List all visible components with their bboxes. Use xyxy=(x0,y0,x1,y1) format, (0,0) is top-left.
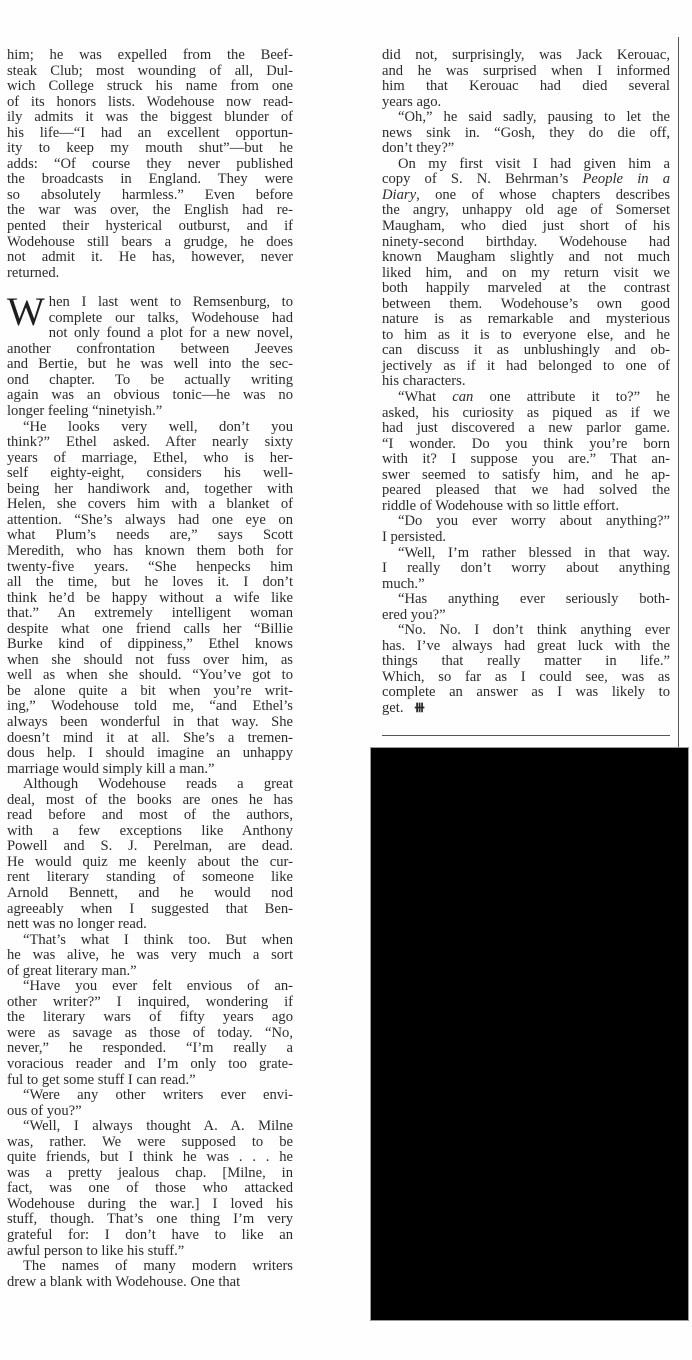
text-span: “What xyxy=(398,389,452,405)
text-line: rent literary standing of someone like xyxy=(7,870,293,886)
text-line: did not, surprisingly, was Jack Kerouac, xyxy=(382,48,670,64)
text-line: ninety-second birthday. Wodehouse had xyxy=(382,235,670,251)
text-line: the war was over, the English had re- xyxy=(7,203,293,219)
text-line: him; he was expelled from the Beef- xyxy=(7,48,293,64)
text-line: of great literary man.” xyxy=(7,964,293,980)
text-line: fact, was one of those who attacked xyxy=(7,1181,293,1197)
text-line: Wodehouse still bears a grudge, he does xyxy=(7,235,293,251)
text-line: think he’d be happy without a wife like xyxy=(7,591,293,607)
text-line: doesn’t mind it at all. She’s a tremen- xyxy=(7,731,293,747)
paragraph: “Well, I always thought A. A. Milnewas, … xyxy=(7,1119,293,1259)
text-line: Although Wodehouse reads a great xyxy=(7,777,293,793)
text-line: always been wonderful in that way. She xyxy=(7,715,293,731)
text-line: ful to get some stuff I can read.” xyxy=(7,1073,293,1089)
text-line: quite friends, but I think he was . . . … xyxy=(7,1150,293,1166)
text-line: copy of S. N. Behrman’s People in a xyxy=(382,172,670,188)
paragraph-dropcap: When I last went to Remsenburg, tocomple… xyxy=(7,295,293,419)
text-line: attention. “She’s always had one eye on xyxy=(7,513,293,529)
text-line: marriage would simply kill a man.” xyxy=(7,762,293,778)
paragraph: “He looks very well, don’t youthink?” Et… xyxy=(7,420,293,778)
text-line: when she should not fuss over him, as xyxy=(7,653,293,669)
text-line: “Well, I always thought A. A. Milne xyxy=(7,1119,293,1135)
text-line: all the time, but he loves it. I don’t xyxy=(7,575,293,591)
text-line: “Do you ever worry about anything?” xyxy=(382,514,670,530)
book-title-italic: Diary xyxy=(382,187,416,203)
text-line: with a few exceptions like Anthony xyxy=(7,824,293,840)
text-span: , one of whose chapters describes xyxy=(416,187,670,203)
paragraph: “Has anything ever seriously both-ered y… xyxy=(382,592,670,623)
text-line: much.” xyxy=(382,577,670,593)
text-line: things that really matter in life.” xyxy=(382,654,670,670)
text-line: think?” Ethel asked. After nearly sixty xyxy=(7,435,293,451)
text-line: “Oh,” he said sadly, pausing to let the xyxy=(382,110,670,126)
book-title-italic: People in a xyxy=(583,171,671,187)
left-text-column: him; he was expelled from the Beef-steak… xyxy=(7,48,293,1290)
text-line: dous help. I should imagine an unhappy xyxy=(7,746,293,762)
text-line: years ago. xyxy=(382,95,670,111)
paragraph: “That’s what I think too. But whenhe was… xyxy=(7,933,293,980)
text-line: liked him, and on my return visit we xyxy=(382,266,670,282)
paragraph: “Have you ever felt envious of an-other … xyxy=(7,979,293,1088)
text-line: he was alive, he was very much a sort xyxy=(7,948,293,964)
text-line: wich College struck his name from one xyxy=(7,79,293,95)
text-line: “I wonder. Do you think you’re born xyxy=(382,437,670,453)
text-line: grateful for: I don’t have to like an xyxy=(7,1228,293,1244)
text-span: one attribute it to?” he xyxy=(473,389,670,405)
text-line: the broadcasts in England. They were xyxy=(7,172,293,188)
text-line: between them. Wodehouse’s own good xyxy=(382,297,670,313)
paragraph: “Do you ever worry about anything?”I per… xyxy=(382,514,670,545)
paragraph: On my first visit I had given him acopy … xyxy=(382,157,670,390)
magazine-page: him; he was expelled from the Beef-steak… xyxy=(0,0,692,1360)
text-line: other writer?” I inquired, wondering if xyxy=(7,995,293,1011)
text-line: “Have you ever felt envious of an- xyxy=(7,979,293,995)
text-line: On my first visit I had given him a xyxy=(382,157,670,173)
text-line: another confrontation between Jeeves xyxy=(7,342,293,358)
text-line: the angry, unhappy old age of Somerset xyxy=(382,203,670,219)
text-line: with it? I suppose you are.” That an- xyxy=(382,452,670,468)
text-line: twenty-five years. “She henpecks him xyxy=(7,560,293,576)
paragraph: Although Wodehouse reads a greatdeal, mo… xyxy=(7,777,293,932)
text-line: “Well, I’m rather blessed in that way. xyxy=(382,546,670,562)
text-line: “Has anything ever seriously both- xyxy=(382,592,670,608)
text-line: known Maugham slightly and not much xyxy=(382,250,670,266)
text-line: being her handiwork and, together with xyxy=(7,482,293,498)
text-line: Helen, she covers him with a blanket of xyxy=(7,497,293,513)
text-line: complete our talks, Wodehouse had xyxy=(7,311,293,327)
text-line: jectively as if it had belonged to one o… xyxy=(382,359,670,375)
text-line: nature is as remarkable and mysterious xyxy=(382,312,670,328)
text-line: Which, so far as I could see, was as xyxy=(382,670,670,686)
text-line: I persisted. xyxy=(382,530,670,546)
text-line: The names of many modern writers xyxy=(7,1259,293,1275)
text-line: news sink in. “Gosh, they do die off, xyxy=(382,126,670,142)
paragraph: “Well, I’m rather blessed in that way.I … xyxy=(382,546,670,593)
paragraph: “What can one attribute it to?” heasked,… xyxy=(382,390,670,514)
right-text-column: did not, surprisingly, was Jack Kerouac,… xyxy=(382,48,670,717)
text-line: steak Club; most wounding of all, Dul- xyxy=(7,64,293,80)
text-line: ing,” Wodehouse told me, “and Ethel’s xyxy=(7,699,293,715)
text-line: his life—“I had an excellent opportun- xyxy=(7,126,293,142)
text-line: years of marriage, Ethel, who is her- xyxy=(7,451,293,467)
text-line: complete an answer as I was likely to xyxy=(382,685,670,701)
text-line: peared pleased that we had solved the xyxy=(382,483,670,499)
text-line: him that Kerouac had died several xyxy=(382,79,670,95)
text-line: Meredith, who has known them both for xyxy=(7,544,293,560)
text-line: agreeably when I suggested that Ben- xyxy=(7,902,293,918)
text-line: of its honors lists. Wodehouse now read- xyxy=(7,95,293,111)
text-line: drew a blank with Wodehouse. One that xyxy=(7,1275,293,1291)
text-line: and he was surprised when I informed xyxy=(382,64,670,80)
paragraph: did not, surprisingly, was Jack Kerouac,… xyxy=(382,48,670,110)
text-line: longer feeling “ninetyish.” xyxy=(7,404,293,420)
text-line: voracious reader and I’m only too grate- xyxy=(7,1057,293,1073)
text-line: ous of you?” xyxy=(7,1104,293,1120)
text-line: was, rather. We were supposed to be xyxy=(7,1135,293,1151)
text-line: ered you?” xyxy=(382,608,670,624)
text-line: to him as it is to everyone else, and he xyxy=(382,328,670,344)
text-line: despite what one friend calls her “Billi… xyxy=(7,622,293,638)
drop-cap-letter: W xyxy=(7,297,45,327)
text-line: what Plum’s needs are,” says Scott xyxy=(7,528,293,544)
text-line: deal, most of the books are ones he has xyxy=(7,793,293,809)
text-line: don’t they?” xyxy=(382,141,670,157)
text-line: that.” An extremely intelligent woman xyxy=(7,606,293,622)
article-end-rule xyxy=(382,735,670,736)
text-line: “He looks very well, don’t you xyxy=(7,420,293,436)
paragraph: The names of many modern writersdrew a b… xyxy=(7,1259,293,1290)
text-line: ity to keep my mouth shut”—but he xyxy=(7,141,293,157)
text-line: had just discovered a new parlor game. xyxy=(382,421,670,437)
text-line: Diary, one of whose chapters describes xyxy=(382,188,670,204)
text-line: “What can one attribute it to?” he xyxy=(382,390,670,406)
text-span: copy of S. N. Behrman’s xyxy=(382,171,583,187)
text-line: were as savage as those of today. “No, xyxy=(7,1026,293,1042)
end-of-article-mark-icon: ⧻ xyxy=(413,700,424,716)
text-line: riddle of Wodehouse with so little effor… xyxy=(382,499,670,515)
text-line: swer seemed to satisfy him, and he ap- xyxy=(382,468,670,484)
text-line: can discuss it as unblushingly and ob- xyxy=(382,343,670,359)
text-line: and Bertie, but he was well into the sec… xyxy=(7,357,293,373)
redacted-image-block xyxy=(370,747,689,1321)
text-line: adds: “Of course they never published xyxy=(7,157,293,173)
text-line: nett was no longer read. xyxy=(7,917,293,933)
text-span: get. xyxy=(382,700,403,716)
text-line: hen I last went to Remsenburg, to xyxy=(7,295,293,311)
text-line: well as when she should. “You’ve got to xyxy=(7,668,293,684)
text-line: ily admits it was the biggest blunder of xyxy=(7,110,293,126)
paragraph: “Were any other writers ever envi-ous of… xyxy=(7,1088,293,1119)
text-line: not only found a plot for a new novel, xyxy=(7,326,293,342)
text-line: his characters. xyxy=(382,374,670,390)
text-line: be alone quite a bit when you’re writ- xyxy=(7,684,293,700)
text-line: both happily marveled at the contrast xyxy=(382,281,670,297)
text-line: was a pretty jealous chap. [Milne, in xyxy=(7,1166,293,1182)
text-line: not admit it. He has, however, never xyxy=(7,250,293,266)
text-line: the literary wars of fifty years ago xyxy=(7,1010,293,1026)
paragraph: “No. No. I don’t think anything everhas.… xyxy=(382,623,670,716)
text-line: “That’s what I think too. But when xyxy=(7,933,293,949)
text-line: never,” he responded. “I’m really a xyxy=(7,1041,293,1057)
text-line: pented their hysterical outburst, and if xyxy=(7,219,293,235)
text-line: get.⧻ xyxy=(382,701,670,717)
text-line: “No. No. I don’t think anything ever xyxy=(382,623,670,639)
text-line: returned. xyxy=(7,266,293,282)
text-line: Maugham, who died just short of his xyxy=(382,219,670,235)
text-line: I really don’t worry about anything xyxy=(382,561,670,577)
text-line: ond chapter. To be actually writing xyxy=(7,373,293,389)
paragraph: him; he was expelled from the Beef-steak… xyxy=(7,48,293,281)
text-line: again was an obvious tonic—he was no xyxy=(7,388,293,404)
text-line: asked, his curiosity as piqued as if we xyxy=(382,406,670,422)
text-line: Powell and S. J. Perelman, are dead. xyxy=(7,839,293,855)
text-line: He would quiz me keenly about the cur- xyxy=(7,855,293,871)
text-line: stuff, though. That’s one thing I’m very xyxy=(7,1212,293,1228)
text-line: “Were any other writers ever envi- xyxy=(7,1088,293,1104)
text-line: awful person to like his stuff.” xyxy=(7,1244,293,1260)
paragraph: “Oh,” he said sadly, pausing to let then… xyxy=(382,110,670,157)
text-line: read before and most of the authors, xyxy=(7,808,293,824)
text-line: self eighty-eight, considers his well- xyxy=(7,466,293,482)
text-line: so absolutely harmless.” Even before xyxy=(7,188,293,204)
emphasis-italic: can xyxy=(452,389,473,405)
text-line: Arnold Bennett, and he would nod xyxy=(7,886,293,902)
text-line: Wodehouse during the war.] I loved his xyxy=(7,1197,293,1213)
text-line: Burke kind of dippiness,” Ethel knows xyxy=(7,637,293,653)
text-line: has. I’ve always had great luck with the xyxy=(382,639,670,655)
